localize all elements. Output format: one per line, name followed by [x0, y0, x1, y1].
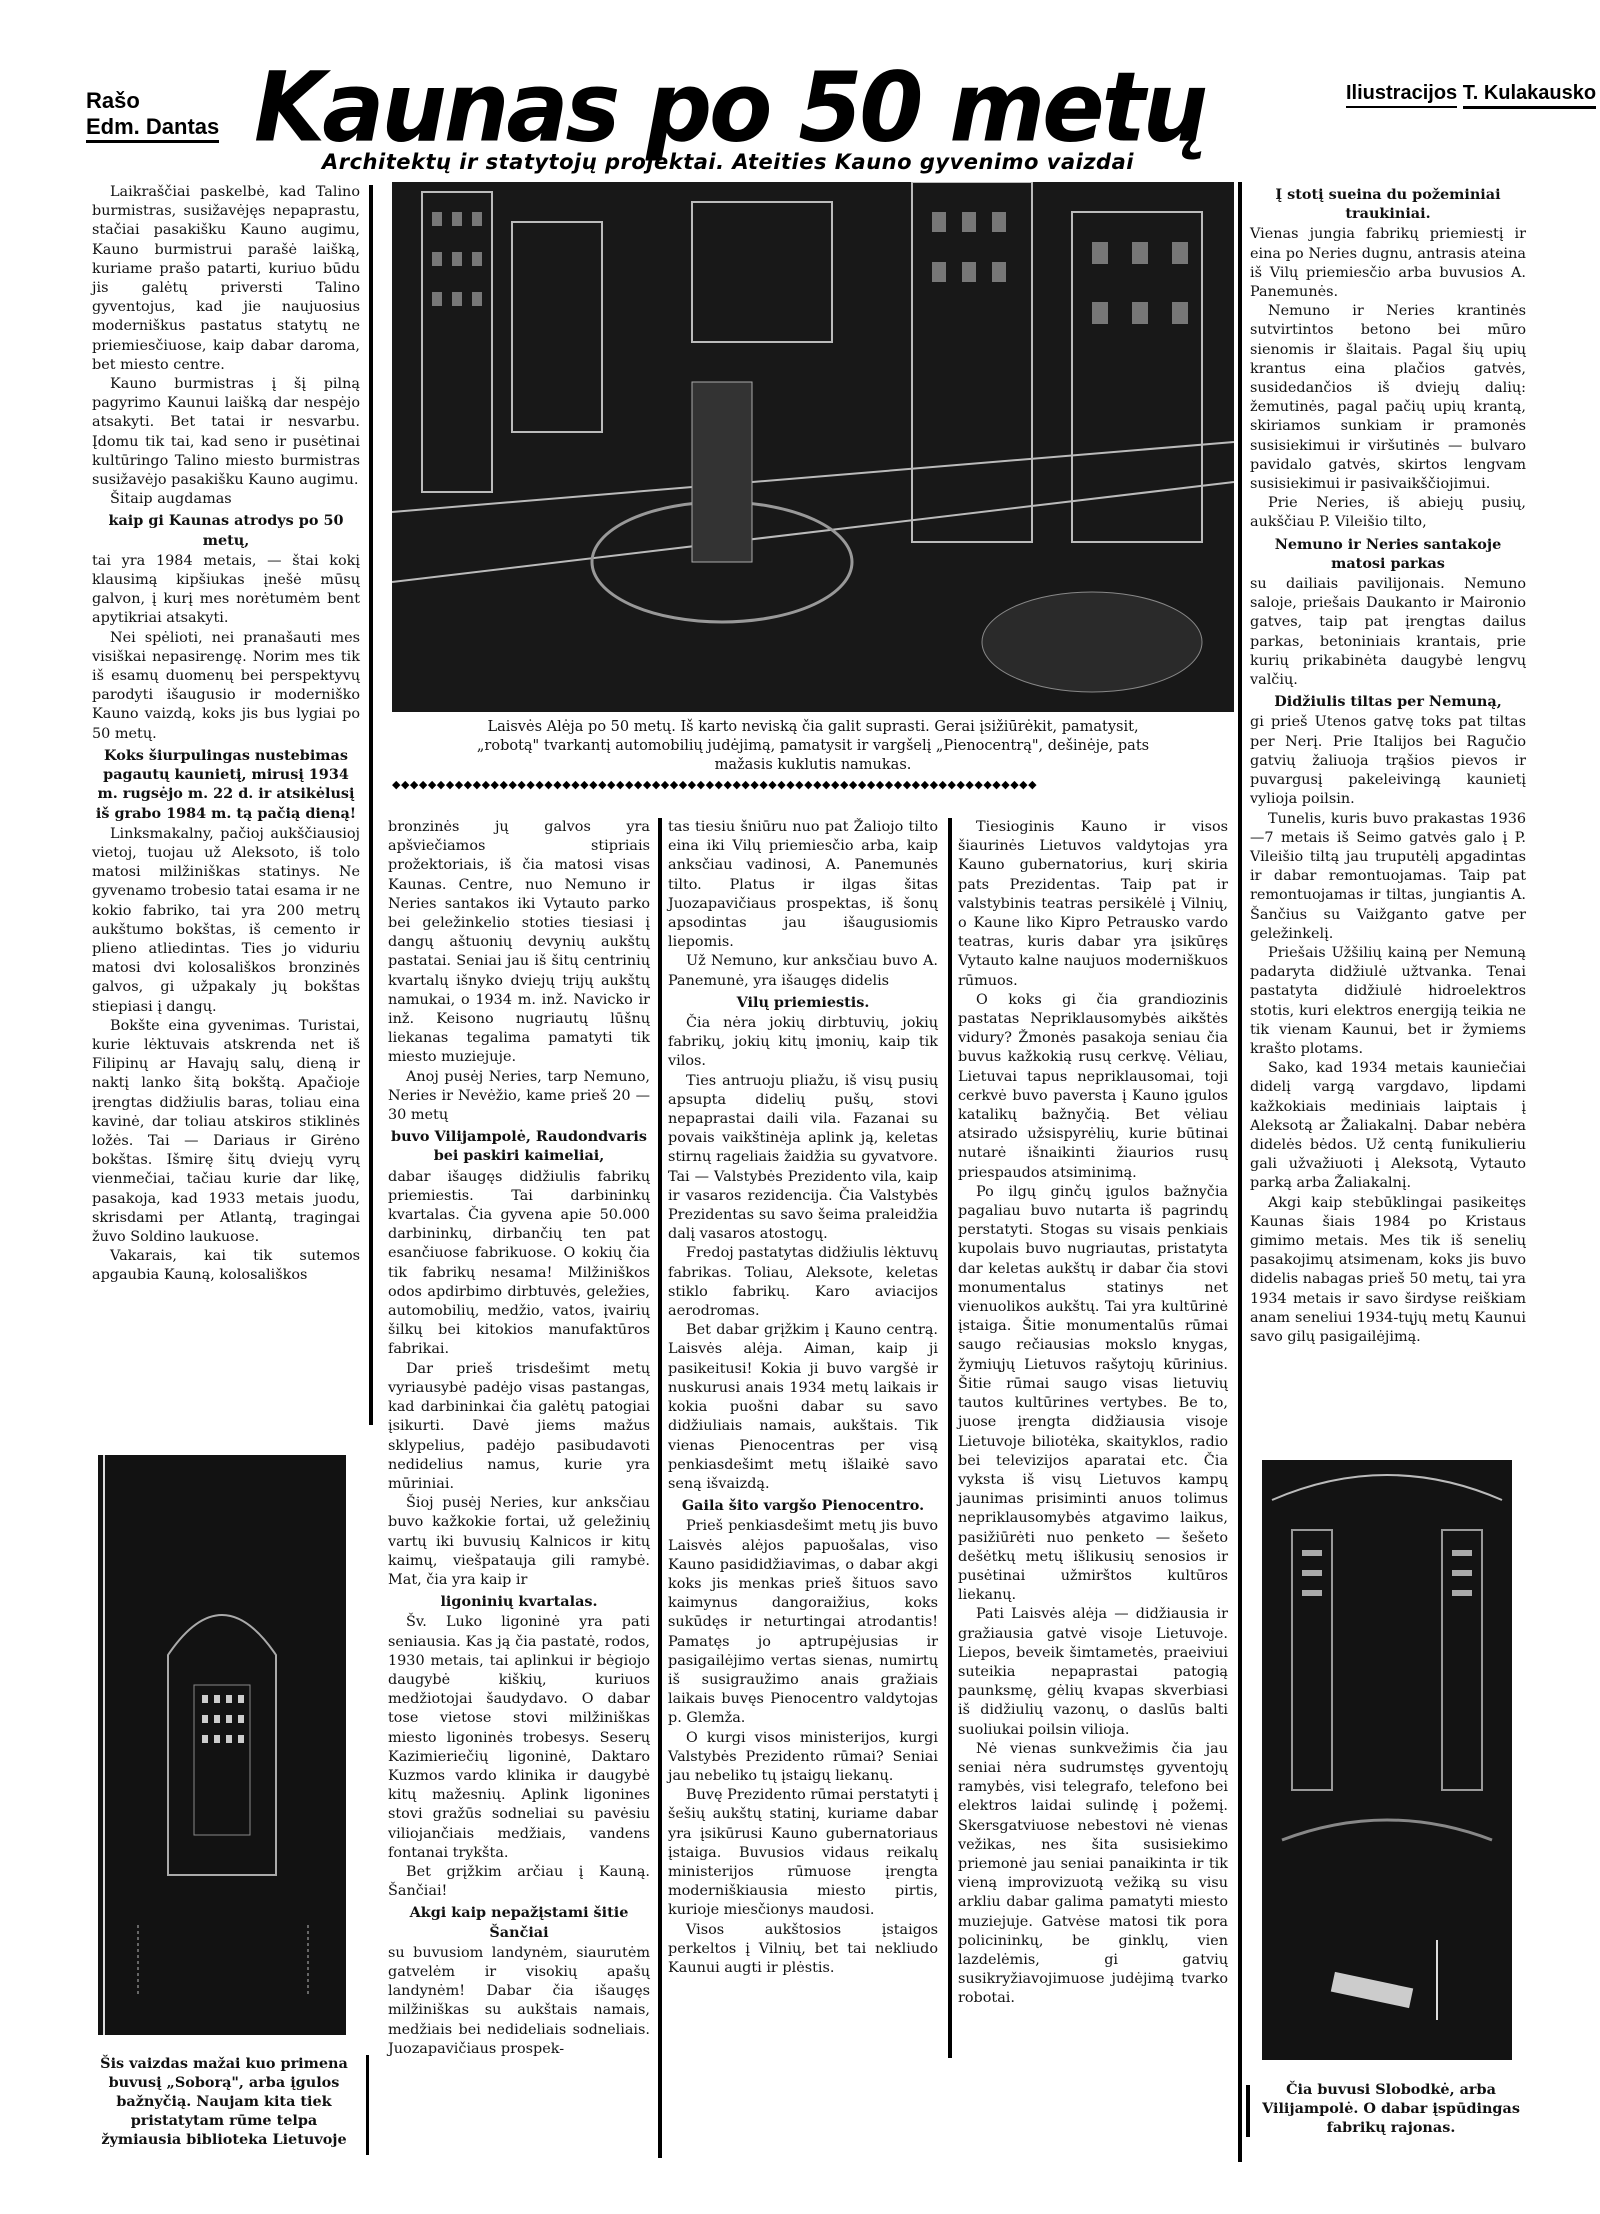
slobodke-illustration [1262, 1460, 1512, 2060]
column-rule [366, 2055, 369, 2155]
byline: Rašo Edm. Dantas [86, 88, 219, 143]
subheading: Į stotį sueina du požeminiai traukiniai. [1250, 185, 1526, 223]
paragraph: Tiesioginis Kauno ir visos šiaurinės Lie… [958, 818, 1228, 991]
paragraph: Tunelis, kuris buvo prakastas 1936—7 met… [1250, 810, 1526, 944]
subheading: Gaila šito vargšo Pienocentro. [668, 1496, 938, 1515]
byline-label: Rašo [86, 88, 219, 114]
ornamental-divider: ◆◆◆◆◆◆◆◆◆◆◆◆◆◆◆◆◆◆◆◆◆◆◆◆◆◆◆◆◆◆◆◆◆◆◆◆◆◆◆◆… [392, 778, 1234, 791]
paragraph: Bokšte eina gyvenimas. Turistai, kurie l… [92, 1017, 360, 1247]
paragraph: Bet dabar grįžkim į Kauno centrą. Laisvė… [668, 1321, 938, 1494]
column-rule [948, 818, 952, 2058]
caption-line: Laisvės Alėja po 50 metų. Iš karto nevis… [392, 718, 1234, 737]
paragraph: Bet grįžkim arčiau į Kauną. Šančiai! [388, 1863, 650, 1901]
main-illustration-caption: Laisvės Alėja po 50 metų. Iš karto nevis… [392, 718, 1234, 775]
paragraph: Anoj pusėj Neries, tarp Nemuno, Neries i… [388, 1068, 650, 1126]
paragraph: Priešais Užšilių kainą per Nemuną padary… [1250, 944, 1526, 1059]
paragraph: Po ilgų ginčų įgulos bažnyčia pagaliau b… [958, 1183, 1228, 1605]
paragraph: Vakarais, kai tik sutemos apgaubia Kauną… [92, 1247, 360, 1285]
paragraph: Linksmakalny, pačioj aukščiausioj vietoj… [92, 825, 360, 1017]
slobodke-illustration-caption: Čia buvusi Slobodkė, arba Vilijampolė. O… [1262, 2080, 1520, 2137]
article-column-4: Tiesioginis Kauno ir visos šiaurinės Lie… [958, 818, 1228, 2009]
article-column-5: Į stotį sueina du požeminiai traukiniai.… [1250, 183, 1526, 1347]
column-rule [369, 185, 373, 1425]
caption-text: Šis vaizdas mažai kuo primena buvusį „So… [100, 2055, 348, 2148]
paragraph: dabar išaugęs didžiulis fabrikų priemies… [388, 1168, 650, 1360]
paragraph: Buvę Prezidento rūmai perstatyti į šešių… [668, 1786, 938, 1920]
paragraph: Čia nėra jokių dirbtuvių, jokių fabrikų,… [668, 1014, 938, 1072]
paragraph: Visos aukštosios įstaigos perkeltos į Vi… [668, 1921, 938, 1979]
paragraph: O kurgi visos ministerijos, kurgi Valsty… [668, 1729, 938, 1787]
author-name: Edm. Dantas [86, 114, 219, 143]
caption-line: mažasis kuklutis namukas. [392, 756, 1234, 775]
city-street-illustration [392, 182, 1234, 712]
paragraph: Pati Laisvės alėja — didžiausia ir graži… [958, 1605, 1228, 1739]
illustrator-name: T. Kulakausko [1463, 80, 1596, 109]
subheading: kaip gi Kaunas atrodys po 50 metų, [92, 511, 360, 549]
paragraph: Prie Neries, iš abiejų pusių, aukščiau P… [1250, 494, 1526, 532]
paragraph: Šv. Luko ligoninė yra pati seniausia. Ka… [388, 1613, 650, 1863]
paragraph: su buvusiom landynėm, siaurutėm gatvelėm… [388, 1944, 650, 2059]
paragraph: Nė vienas sunkvežimis čia jau seniai nėr… [958, 1740, 1228, 2009]
page-subtitle: Architektų ir statytojų projektai. Ateit… [322, 150, 1134, 174]
column-rule [1238, 182, 1242, 2162]
illustrator-credit: Iliustracijos T. Kulakausko [1346, 80, 1596, 109]
paragraph: su dailiais pavilijonais. Nemuno saloje,… [1250, 575, 1526, 690]
column-rule [658, 818, 662, 2158]
caption-line: „robotą" tvarkantį automobilių judėjimą,… [392, 737, 1234, 756]
paragraph: Kauno burmistras į šį pilną pagyrimo Kau… [92, 375, 360, 490]
paragraph: Nei spėlioti, nei pranašauti mes visiška… [92, 629, 360, 744]
main-illustration [392, 182, 1234, 712]
subheading: Koks šiurpulingas nustebimas pagautų kau… [92, 746, 360, 823]
article-column-2: bronzinės jų galvos yra apšviečiamos sti… [388, 818, 650, 2059]
subheading: Didžiulis tiltas per Nemuną, [1250, 692, 1526, 711]
subheading: Akgi kaip nepažįstami šitie Šančiai [388, 1903, 650, 1941]
caption-text: Čia buvusi Slobodkė, arba Vilijampolė. O… [1262, 2081, 1520, 2136]
paragraph: tas tiesiu šniūru nuo pat Žaliojo tilto … [668, 818, 938, 952]
paragraph: O koks gi čia grandiozinis pastatas Nepr… [958, 991, 1228, 1183]
paragraph: Nemuno ir Neries krantinės sutvirtintos … [1250, 302, 1526, 494]
paragraph: Dar prieš trisdešimt metų vyriausybė pad… [388, 1360, 650, 1494]
paragraph: Prieš penkiasdešimt metų jis buvo Laisvė… [668, 1517, 938, 1728]
paragraph: Vienas jungia fabrikų priemiestį ir eina… [1250, 225, 1526, 302]
church-facade-illustration [98, 1455, 346, 2035]
factory-district-illustration [1262, 1460, 1512, 2060]
subheading: Vilų priemiestis. [668, 993, 938, 1012]
paragraph: Ties antruoju pliažu, iš visų pusių apsu… [668, 1072, 938, 1245]
paragraph: Už Nemuno, kur anksčiau buvo A. Panemunė… [668, 952, 938, 990]
paragraph: Šitaip augdamas [92, 490, 360, 509]
subheading: ligoninių kvartalas. [388, 1592, 650, 1611]
column-rule [1246, 2085, 1250, 2137]
article-column-1: Laikraščiai paskelbė, kad Talino burmist… [92, 183, 360, 1286]
paragraph: Akgi kaip stebūklingai pasikeitęs Kaunas… [1250, 1194, 1526, 1348]
paragraph: Šioj pusėj Neries, kur anksčiau buvo kaž… [388, 1494, 650, 1590]
paragraph: gi prieš Utenos gatvę toks pat tiltas pe… [1250, 713, 1526, 809]
library-illustration-caption: Šis vaizdas mažai kuo primena buvusį „So… [92, 2054, 356, 2149]
subheading: Nemuno ir Neries santakoje matosi parkas [1250, 535, 1526, 573]
subheading: buvo Vilijampolė, Raudondvaris bei paski… [388, 1127, 650, 1165]
illustrations-label: Iliustracijos [1346, 80, 1457, 108]
article-column-3: tas tiesiu šniūru nuo pat Žaliojo tilto … [668, 818, 938, 1978]
paragraph: Laikraščiai paskelbė, kad Talino burmist… [92, 183, 360, 375]
paragraph: Sako, kad 1934 metais kauniečiai didelį … [1250, 1059, 1526, 1193]
paragraph: tai yra 1984 metais, — štai kokį klausim… [92, 552, 360, 629]
paragraph: bronzinės jų galvos yra apšviečiamos sti… [388, 818, 650, 1068]
page-title: Kaunas po 50 metų [254, 60, 1314, 157]
paragraph: Fredoj pastatytas didžiulis lėktuvų fabr… [668, 1244, 938, 1321]
library-illustration [98, 1455, 346, 2035]
